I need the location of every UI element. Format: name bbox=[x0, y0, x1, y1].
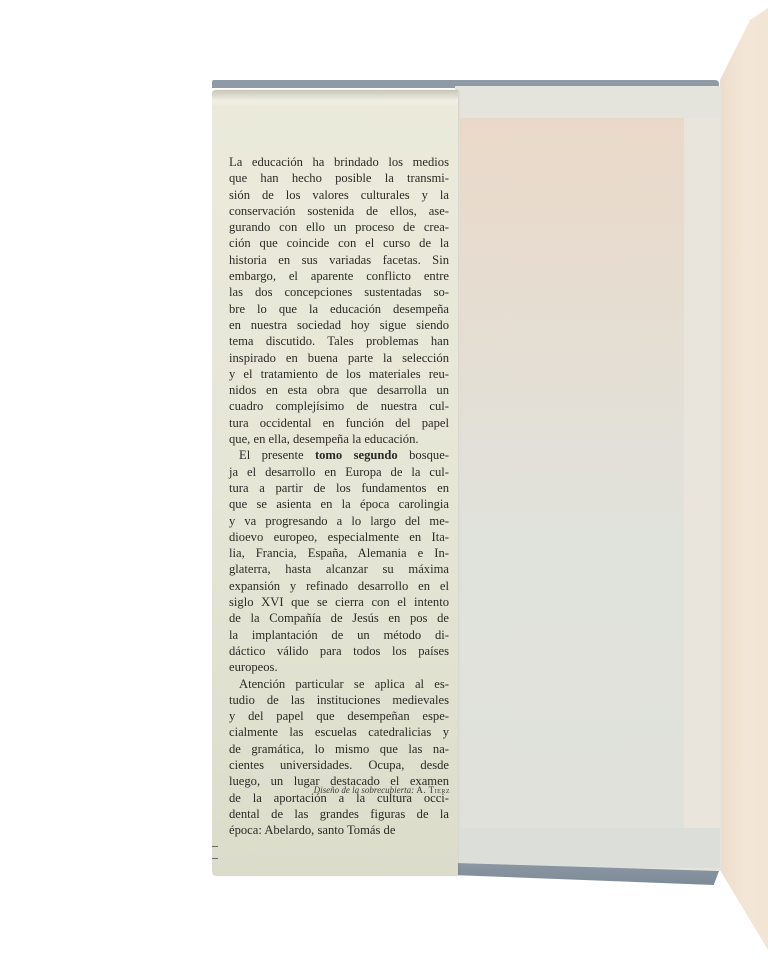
text-line: tura a partir de los fundamentos en bbox=[229, 480, 449, 496]
text-line: que han hecho posible la transmi- bbox=[229, 170, 449, 186]
text-line: que, en ella, desempeña la educación. bbox=[229, 431, 449, 447]
endpaper-right-band bbox=[684, 118, 720, 868]
flap-paragraph: Atención particular se aplica al es-tudi… bbox=[229, 676, 449, 839]
text-line: cialmente las escuelas catedralicias y bbox=[229, 724, 449, 740]
flap-top-gloss bbox=[212, 90, 458, 108]
text-line: tura occidental en función del papel bbox=[229, 415, 449, 431]
text-line: nidos en esta obra que desarrolla un bbox=[229, 382, 449, 398]
volume-emphasis: tomo segundo bbox=[315, 448, 398, 462]
text-line: El presente tomo segundo bosque- bbox=[229, 447, 449, 463]
flap-edge-mark bbox=[212, 846, 218, 847]
text-line: La educación ha brindado los medios bbox=[229, 154, 449, 170]
text-line: época: Abelardo, santo Tomás de bbox=[229, 822, 449, 838]
credit-name: A. Tierz bbox=[416, 785, 450, 795]
text-line: dental de las grandes figuras de la bbox=[229, 806, 449, 822]
flap-blurb-text: La educación ha brindado los mediosque h… bbox=[229, 154, 449, 838]
text-line: que se asienta en la época carolingia bbox=[229, 496, 449, 512]
text-line: las dos concepciones sustentadas so- bbox=[229, 284, 449, 300]
text-line: de la Compañía de Jesús en pos de bbox=[229, 610, 449, 626]
text-line: y el tratamiento de los materiales reu- bbox=[229, 366, 449, 382]
text-line: sión de los valores culturales y la bbox=[229, 187, 449, 203]
flap-edge-mark bbox=[212, 858, 218, 859]
text-line: la implantación de un método di- bbox=[229, 627, 449, 643]
text-line: gurando con ello un proceso de crea- bbox=[229, 219, 449, 235]
jacket-design-credit: Diseño de la sobrecubierta: A. Tierz bbox=[280, 785, 450, 795]
text-line: embargo, el aparente conflicto entre bbox=[229, 268, 449, 284]
flap-paragraph: La educación ha brindado los mediosque h… bbox=[229, 154, 449, 447]
text-line: inspirado en buena parte la selección bbox=[229, 350, 449, 366]
text-line: dioevo europeo, especialmente en Ita- bbox=[229, 529, 449, 545]
text-line: lia, Francia, España, Alemania e In- bbox=[229, 545, 449, 561]
text-line: de gramática, lo mismo que las na- bbox=[229, 741, 449, 757]
text-line: tema discutido. Tales problemas han bbox=[229, 333, 449, 349]
text-line: conservación sostenida de ellos, ase- bbox=[229, 203, 449, 219]
text-line: expansión y refinado desarrollo en el bbox=[229, 578, 449, 594]
text-line: europeos. bbox=[229, 659, 449, 675]
facing-page bbox=[720, 0, 768, 978]
text-line: y del papel que desempeñan espe- bbox=[229, 708, 449, 724]
endpaper-inner-panel bbox=[460, 118, 684, 828]
endpaper-bottom-band bbox=[460, 828, 720, 868]
text-line: glaterra, hasta alcanzar su máxima bbox=[229, 561, 449, 577]
text-line: y va progresando a lo largo del me- bbox=[229, 513, 449, 529]
flap-paragraph: El presente tomo segundo bosque-ja el de… bbox=[229, 447, 449, 675]
text-line: cuadro complejísimo de nuestra cul- bbox=[229, 398, 449, 414]
text-line: Atención particular se aplica al es- bbox=[229, 676, 449, 692]
text-line: cientes universidades. Ocupa, desde bbox=[229, 757, 449, 773]
text-line: en nuestra sociedad hoy sigue siendo bbox=[229, 317, 449, 333]
text-line: siglo XVI que se cierra con el intento bbox=[229, 594, 449, 610]
text-line: ción que coincide con el curso de la bbox=[229, 235, 449, 251]
text-line: historia en sus variadas facetas. Sin bbox=[229, 252, 449, 268]
text-line: bre lo que la educación desempeña bbox=[229, 301, 449, 317]
text-line: dáctico válido para todos los países bbox=[229, 643, 449, 659]
credit-label: Diseño de la sobrecubierta: bbox=[314, 785, 414, 795]
text-line: ja el desarrollo en Europa de la cul- bbox=[229, 464, 449, 480]
text-line: tudio de las instituciones medievales bbox=[229, 692, 449, 708]
